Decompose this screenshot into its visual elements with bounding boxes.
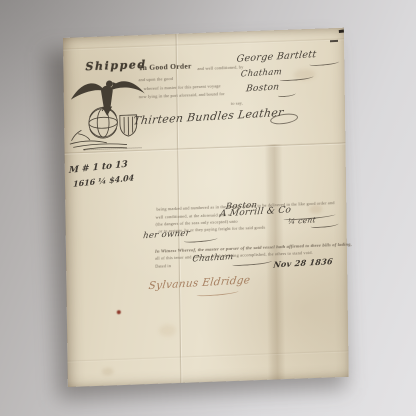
printed-line-after-title: and well conditioned, by <box>197 64 243 71</box>
printed-to-say: to say, <box>231 100 243 105</box>
document-paper: Shipped In Good Order and well condition… <box>63 28 349 387</box>
printed-line-master: whereof is master for this present voyag… <box>144 83 221 91</box>
printed-title-in-good-order: In Good Order <box>139 61 191 72</box>
handwritten-vessel: Chatham <box>240 67 282 79</box>
handwritten-bound-for: Boston <box>245 82 279 94</box>
pen-flourish <box>278 91 296 97</box>
red-ink-dot <box>117 310 121 314</box>
pen-flourish <box>309 59 339 66</box>
handwritten-margin-mark-2: 1616 ¼ $4.04 <box>73 172 134 189</box>
printed-line-good: and upon the good <box>139 76 173 82</box>
handwritten-shipper: George Bartlett <box>236 49 317 65</box>
bottom-fold-crease <box>67 350 348 363</box>
ink-dash-mark <box>330 40 338 42</box>
pen-flourish <box>279 74 313 81</box>
ink-mark <box>339 30 344 34</box>
handwritten-cargo: Thirteen Bundles Leather <box>132 106 284 128</box>
pen-flourish <box>310 222 338 229</box>
handwritten-dated-place: Chatham <box>192 252 234 264</box>
printed-title-shipped: Shipped <box>85 58 147 73</box>
paper-stain <box>102 367 114 375</box>
photo-backdrop: Shipped In Good Order and well condition… <box>0 0 416 416</box>
paper-stain <box>159 324 176 337</box>
pen-flourish <box>196 289 238 297</box>
handwritten-date: Nov 28 1836 <box>273 256 334 270</box>
printed-dated-in: Dated in <box>155 263 171 269</box>
printed-line-bound: now lying in the port aforesaid, and bou… <box>139 91 225 99</box>
pen-flourish <box>184 236 218 243</box>
